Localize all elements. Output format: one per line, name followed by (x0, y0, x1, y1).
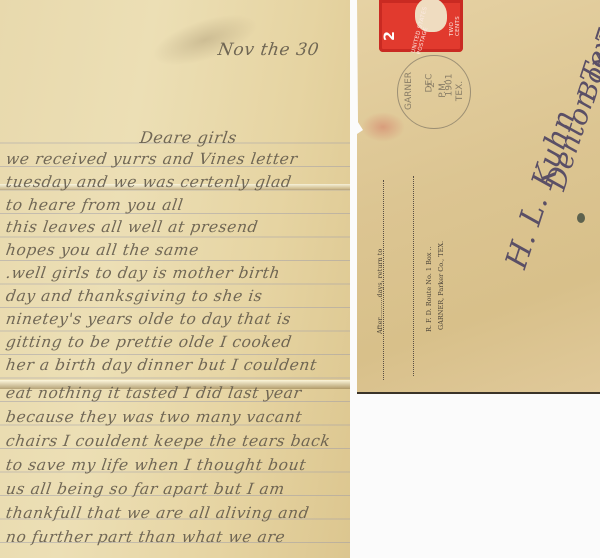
letter-line: thankfull that we are all aliving and (5, 504, 311, 522)
stamp-value-text: TWO CENTS (449, 16, 461, 36)
postmark-year: 1901 (444, 74, 454, 97)
postmark-day: 2 (427, 82, 437, 88)
letter-line: ninetey's years olde to day that is (5, 310, 293, 328)
letter-line: gitting to be prettie olde I cooked (5, 333, 293, 351)
letter-line: to save my life when I thought bout (5, 456, 308, 474)
dotted-rule (413, 176, 414, 376)
letter-line: tuesday and we was certenly glad (5, 173, 293, 191)
postmark-state: TEX. (455, 81, 465, 101)
letter-line: chairs I couldent keepe the tears back (5, 432, 332, 450)
stain (361, 112, 405, 142)
envelope: 2 UNITED STATES POSTAGE TWO CENTS GARNER… (357, 0, 600, 394)
return-instruction: After..........days, return to (376, 249, 384, 334)
letter-line: eat nothing it tasted I did last year (5, 384, 303, 402)
ink-spot (577, 213, 585, 223)
postmark: GARNER DEC 2 P.M. 1901 TEX. (397, 55, 471, 129)
return-town: GARNER, Parker Co., TEX. (437, 241, 445, 330)
handwritten-letter-page: Nov the 30 Deare girls we received yurrs… (0, 0, 350, 558)
letter-line: .well girls to day is mother birth (5, 264, 282, 282)
postage-stamp: 2 UNITED STATES POSTAGE TWO CENTS (379, 0, 463, 52)
letter-line: because they was two many vacant (5, 408, 304, 426)
letter-line: we received yurrs and Vines letter (5, 150, 299, 168)
letter-salutation: Deare girls (139, 128, 239, 147)
letter-line: day and thanksgiving to she is (5, 287, 264, 305)
letter-line: hopes you all the same (5, 241, 200, 259)
return-route: R. F. D. Route No. 1 Box .. (425, 246, 433, 332)
stamp-denomination: 2 (382, 31, 398, 41)
letter-line: to heare from you all (5, 196, 185, 214)
recipient-box: Box 711 (572, 0, 600, 105)
letter-line: us all being so far apart but I am (5, 480, 286, 498)
letter-line: her a birth day dinner but I couldent (5, 356, 318, 374)
letter-date: Nov the 30 (217, 40, 321, 60)
letter-line: this leaves all well at presend (5, 218, 260, 236)
postmark-town: GARNER (404, 72, 414, 110)
letter-line: no further part than what we are (5, 528, 287, 546)
